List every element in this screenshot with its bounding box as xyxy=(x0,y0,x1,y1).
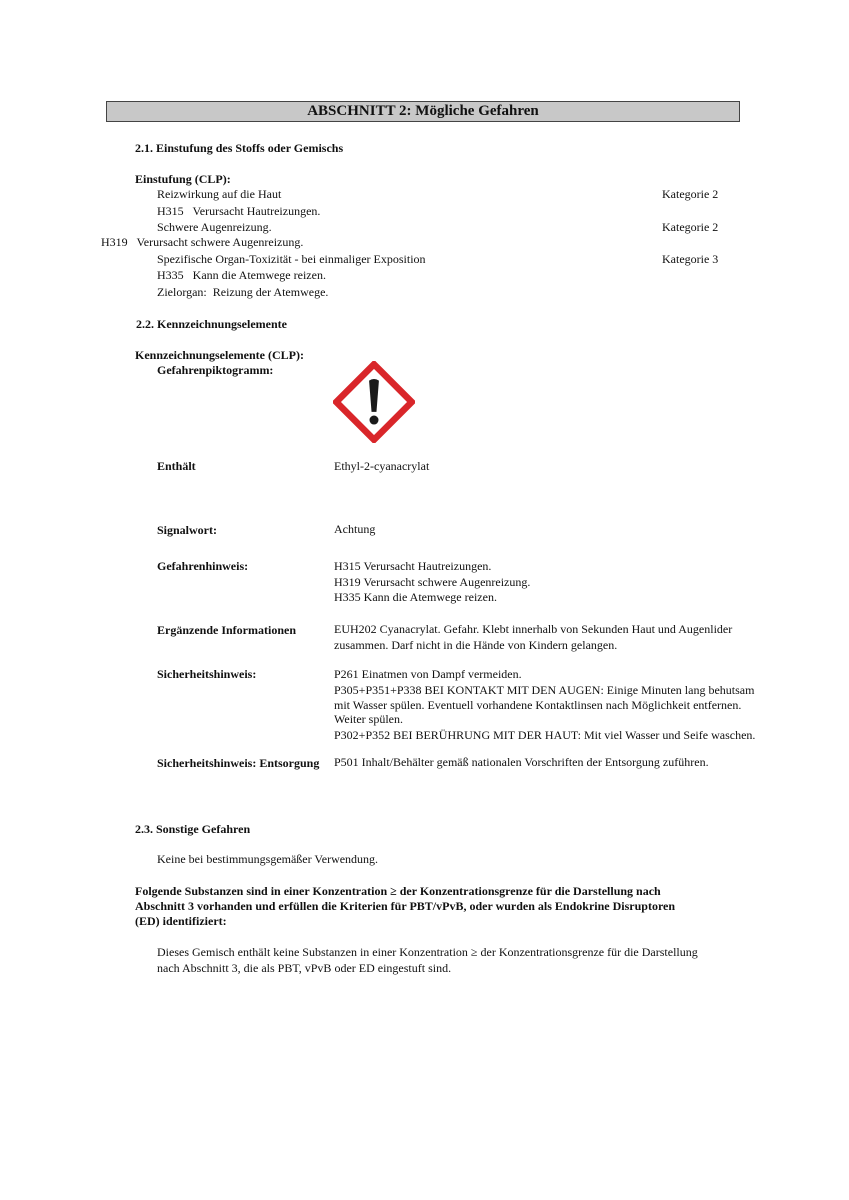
classification-name: Reizwirkung auf die Haut xyxy=(157,186,281,202)
pbt-text-line: nach Abschnitt 3, die als PBT, vPvB oder… xyxy=(157,960,451,976)
supplement-line: zusammen. Darf nicht in die Hände von Ki… xyxy=(334,637,617,653)
hazard-statement: H335 Kann die Atemwege reizen. xyxy=(157,267,326,283)
other-hazards-text: Keine bei bestimmungsgemäßer Verwendung. xyxy=(157,851,378,867)
hazard-statement: H315 Verursacht Hautreizungen. xyxy=(157,203,320,219)
disposal-value: P501 Inhalt/Behälter gemäß nationalen Vo… xyxy=(334,754,709,770)
precaution-line: Weiter spülen. xyxy=(334,711,403,727)
contains-value: Ethyl-2-cyanacrylat xyxy=(334,458,429,474)
contains-label: Enthält xyxy=(157,458,196,474)
hazard-line: H319 Verursacht schwere Augenreizung. xyxy=(334,574,530,590)
supplement-line: EUH202 Cyanacrylat. Gefahr. Klebt innerh… xyxy=(334,621,732,637)
disposal-label: Sicherheitshinweis: Entsorgung xyxy=(157,755,319,771)
hazard-line: H315 Verursacht Hautreizungen. xyxy=(334,558,491,574)
precaution-label: Sicherheitshinweis: xyxy=(157,666,256,682)
pbt-text-line: Dieses Gemisch enthält keine Substanzen … xyxy=(157,944,698,960)
precaution-line: P261 Einatmen von Dampf vermeiden. xyxy=(334,666,522,682)
hazard-statement: H319 Verursacht schwere Augenreizung. xyxy=(101,234,303,250)
pbt-heading-line: Folgende Substanzen sind in einer Konzen… xyxy=(135,883,661,899)
precaution-line: P305+P351+P338 BEI KONTAKT MIT DEN AUGEN… xyxy=(334,682,754,698)
heading-2-3: 2.3. Sonstige Gefahren xyxy=(135,821,250,837)
pbt-heading-line: Abschnitt 3 vorhanden und erfüllen die K… xyxy=(135,898,675,914)
section-title: ABSCHNITT 2: Mögliche Gefahren xyxy=(106,101,740,122)
classification-category: Kategorie 2 xyxy=(662,219,718,235)
heading-2-2: 2.2. Kennzeichnungselemente xyxy=(136,316,287,332)
classification-category: Kategorie 2 xyxy=(662,186,718,202)
target-organ: Zielorgan: Reizung der Atemwege. xyxy=(157,284,328,300)
clp-classification-label: Einstufung (CLP): xyxy=(135,171,231,187)
hazard-statements-label: Gefahrenhinweis: xyxy=(157,558,248,574)
classification-category: Kategorie 3 xyxy=(662,251,718,267)
classification-name: Schwere Augenreizung. xyxy=(157,219,272,235)
precaution-line: P302+P352 BEI BERÜHRUNG MIT DER HAUT: Mi… xyxy=(334,727,755,743)
clp-labelling-label: Kennzeichnungselemente (CLP): xyxy=(135,347,304,363)
supplement-label: Ergänzende Informationen xyxy=(157,622,296,638)
signal-word-label: Signalwort: xyxy=(157,522,217,538)
classification-name: Spezifische Organ-Toxizität - bei einmal… xyxy=(157,251,426,267)
pbt-heading-line: (ED) identifiziert: xyxy=(135,913,227,929)
hazard-line: H335 Kann die Atemwege reizen. xyxy=(334,589,497,605)
signal-word-value: Achtung xyxy=(334,521,375,537)
exclamation-mark-ghs07-icon xyxy=(333,361,415,443)
heading-2-1: 2.1. Einstufung des Stoffs oder Gemischs xyxy=(135,140,343,156)
pictogram-label: Gefahrenpiktogramm: xyxy=(157,362,273,378)
